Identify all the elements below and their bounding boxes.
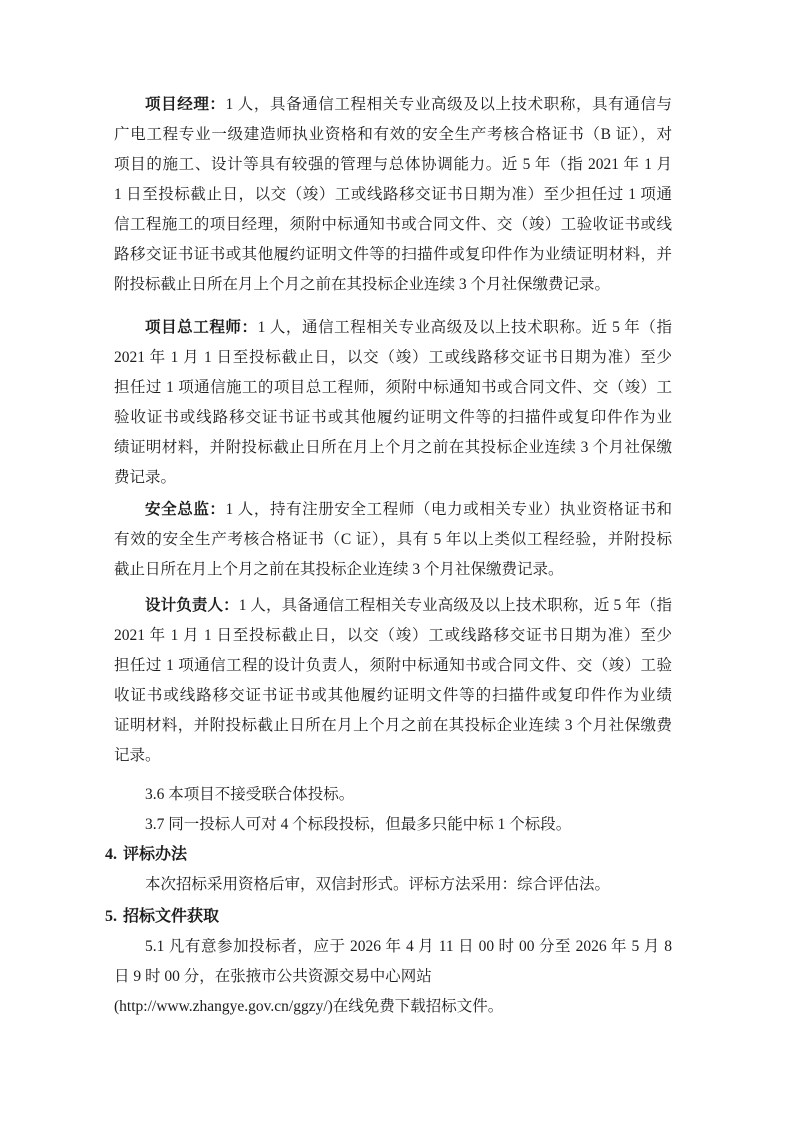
para-chief-engineer: 项目总工程师：1 人，通信工程相关专业高级及以上技术职称。近 5 年（指 202… xyxy=(114,313,672,493)
text-line: 项目总工程师：1 人，通信工程相关专业高级及以上技术职称。近 5 年（指 xyxy=(114,313,672,343)
role-label-bold: 设计负责人： xyxy=(145,597,239,614)
text-line: 3.6 本项目不接受联合体投标。 xyxy=(114,780,672,810)
text-line: 担任过 1 项通信工程的设计负责人，须附中标通知书或合同文件、交（竣）工验 xyxy=(114,651,672,681)
text-line: 信工程施工的项目经理，须附中标通知书或合同文件、交（竣）工验收证书或线 xyxy=(114,210,672,240)
heading-number: 4. xyxy=(105,846,117,863)
website-url-line: (http://www.zhangye.gov.cn/ggzy/)在线免费下载招… xyxy=(114,992,672,1022)
text-line: 1 日至投标截止日，以交（竣）工或线路移交证书日期为准）至少担任过 1 项通 xyxy=(114,180,672,210)
text-line: 截止日所在月上个月之前在其投标企业连续 3 个月社保缴费记录。 xyxy=(114,555,672,585)
text-line: 证明材料，并附投标截止日所在月上个月之前在其投标企业连续 3 个月社保缴费 xyxy=(114,711,672,741)
text-line: 日 9 时 00 分，在张掖市公共资源交易中心网站 xyxy=(114,962,672,992)
para-project-manager: 项目经理：1 人，具备通信工程相关专业高级及以上技术职称，具有通信与 广电工程专… xyxy=(114,90,672,300)
text-line: 设计负责人：1 人，具备通信工程相关专业高级及以上技术职称，近 5 年（指 xyxy=(114,591,672,621)
para-safety-director: 安全总监：1 人，持有注册安全工程师（电力或相关专业）执业资格证书和 有效的安全… xyxy=(114,495,672,585)
text-run: 1 人，具备通信工程相关专业高级及以上技术职称，近 5 年（指 xyxy=(239,597,672,614)
heading-number: 5. xyxy=(105,908,117,925)
text-line: 本次招标采用资格后审，双信封形式。评标方法采用：综合评估法。 xyxy=(114,870,672,900)
role-label-bold: 项目经理： xyxy=(145,96,226,113)
text-run: 1 人，持有注册安全工程师（电力或相关专业）执业资格证书和 xyxy=(226,501,672,518)
clause-3-6: 3.6 本项目不接受联合体投标。 xyxy=(114,780,672,810)
text-line: 附投标截止日所在月上个月之前在其投标企业连续 3 个月社保缴费记录。 xyxy=(114,270,672,300)
text-line: 记录。 xyxy=(114,741,672,771)
text-line: 2021 年 1 月 1 日至投标截止日，以交（竣）工或线路移交证书日期为准）至… xyxy=(114,621,672,651)
text-line: 费记录。 xyxy=(114,463,672,493)
clause-3-7: 3.7 同一投标人可对 4 个标段投标，但最多只能中标 1 个标段。 xyxy=(114,810,672,840)
document-page: 项目经理：1 人，具备通信工程相关专业高级及以上技术职称，具有通信与 广电工程专… xyxy=(0,0,793,1122)
text-line: 担任过 1 项通信施工的项目总工程师，须附中标通知书或合同文件、交（竣）工 xyxy=(114,373,672,403)
text-line: 有效的安全生产考核合格证书（C 证），具有 5 年以上类似工程经验，并附投标 xyxy=(114,525,672,555)
text-line: 2021 年 1 月 1 日至投标截止日，以交（竣）工或线路移交证书日期为准）至… xyxy=(114,343,672,373)
text-line: 路移交证书证书或其他履约证明文件等的扫描件或复印件作为业绩证明材料，并 xyxy=(114,240,672,270)
heading-title: 招标文件获取 xyxy=(123,908,219,925)
text-line: 5.1 凡有意参加投标者，应于 2026 年 4 月 11 日 00 时 00 … xyxy=(114,932,672,962)
text-line: 验收证书或线路移交证书证书或其他履约证明文件等的扫描件或复印件作为业 xyxy=(114,403,672,433)
text-line: 绩证明材料，并附投标截止日所在月上个月之前在其投标企业连续 3 个月社保缴 xyxy=(114,433,672,463)
para-document-acquisition: 5.1 凡有意参加投标者，应于 2026 年 4 月 11 日 00 时 00 … xyxy=(114,932,672,1022)
text-line: 收证书或线路移交证书证书或其他履约证明文件等的扫描件或复印件作为业绩 xyxy=(114,681,672,711)
para-design-lead: 设计负责人：1 人，具备通信工程相关专业高级及以上技术职称，近 5 年（指 20… xyxy=(114,591,672,771)
text-line: 3.7 同一投标人可对 4 个标段投标，但最多只能中标 1 个标段。 xyxy=(114,810,672,840)
role-label-bold: 项目总工程师： xyxy=(145,319,258,336)
heading-evaluation-method: 4.评标办法 xyxy=(105,840,672,870)
para-evaluation-method: 本次招标采用资格后审，双信封形式。评标方法采用：综合评估法。 xyxy=(114,870,672,900)
text-line: 安全总监：1 人，持有注册安全工程师（电力或相关专业）执业资格证书和 xyxy=(114,495,672,525)
text-run: 1 人，具备通信工程相关专业高级及以上技术职称，具有通信与 xyxy=(226,96,672,113)
text-line: 项目经理：1 人，具备通信工程相关专业高级及以上技术职称，具有通信与 xyxy=(114,90,672,120)
heading-title: 评标办法 xyxy=(123,846,187,863)
text-line: 项目的施工、设计等具有较强的管理与总体协调能力。近 5 年（指 2021 年 1… xyxy=(114,150,672,180)
text-line: 广电工程专业一级建造师执业资格和有效的安全生产考核合格证书（B 证），对 xyxy=(114,120,672,150)
text-run: 1 人，通信工程相关专业高级及以上技术职称。近 5 年（指 xyxy=(258,319,672,336)
page-content: 项目经理：1 人，具备通信工程相关专业高级及以上技术职称，具有通信与 广电工程专… xyxy=(0,0,793,1022)
heading-document-acquisition: 5.招标文件获取 xyxy=(105,902,672,932)
role-label-bold: 安全总监： xyxy=(145,501,226,518)
